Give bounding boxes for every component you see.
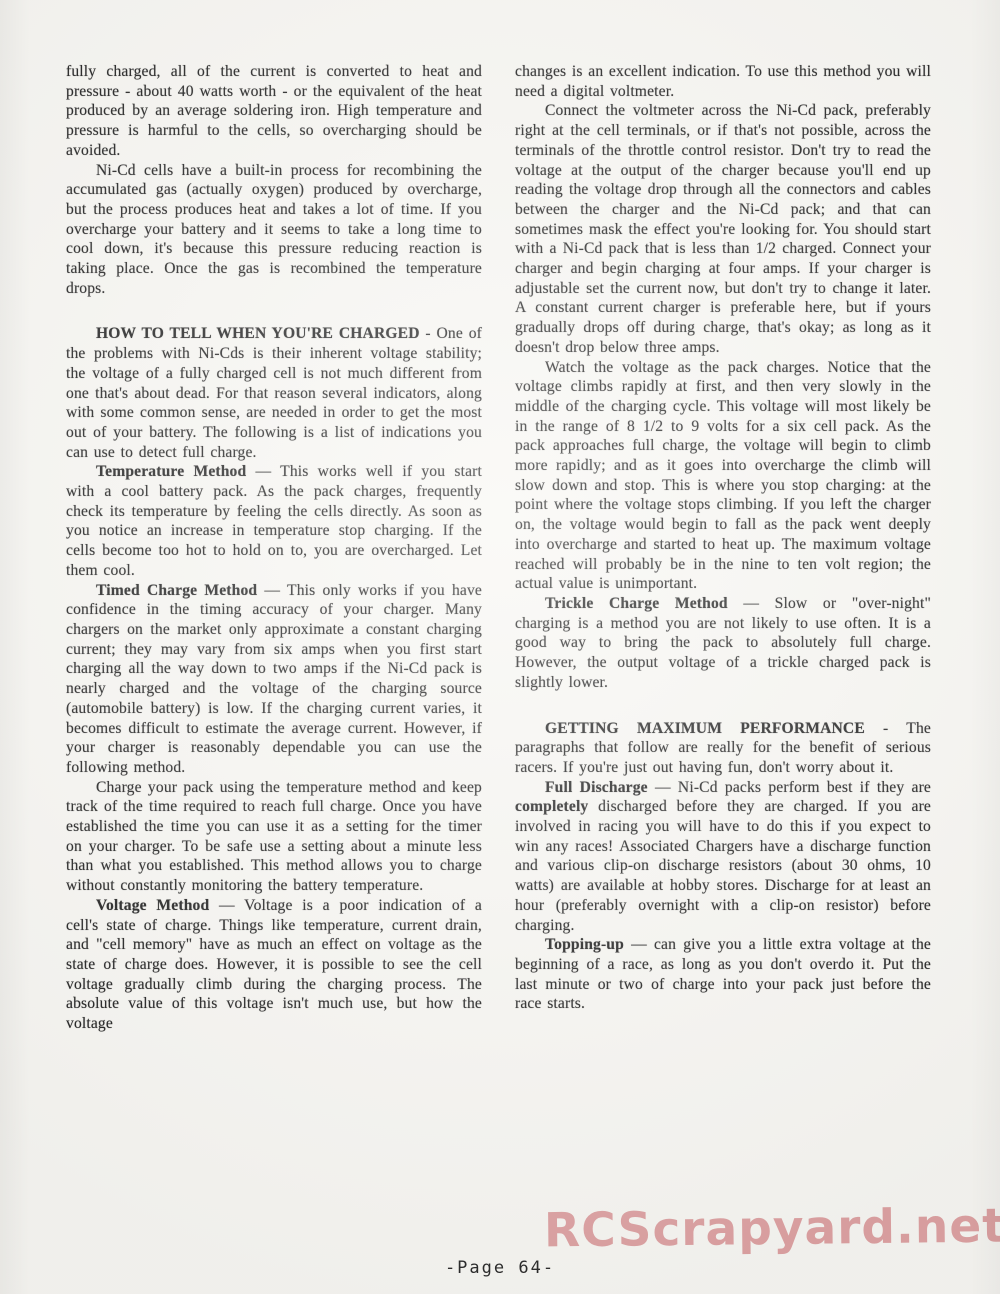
- paragraph-text: — This only works if you have confidence…: [66, 582, 482, 776]
- section-heading: HOW TO TELL WHEN YOU'RE CHARGED: [96, 325, 420, 342]
- method-timed-charge: Timed Charge Method — This only works if…: [66, 581, 482, 778]
- paragraph: Ni-Cd cells have a built-in process for …: [66, 161, 482, 299]
- method-voltage: Voltage Method — Voltage is a poor indic…: [66, 896, 482, 1034]
- paragraph: Charge your pack using the temperature m…: [66, 778, 482, 896]
- left-column: fully charged, all of the current is con…: [66, 62, 482, 1034]
- paragraph-text: - One of the problems with Ni-Cds is the…: [66, 325, 482, 460]
- section-how-to-tell: HOW TO TELL WHEN YOU'RE CHARGED - One of…: [66, 324, 482, 462]
- method-heading: Full Discharge: [545, 779, 648, 796]
- paragraph: fully charged, all of the current is con…: [66, 62, 482, 161]
- watermark: RCScrapyard.net: [544, 1199, 1000, 1259]
- method-full-discharge: Full Discharge — Ni-Cd packs perform bes…: [515, 778, 931, 936]
- paragraph-text: discharged before they are charged. If y…: [515, 798, 931, 933]
- method-heading: Temperature Method: [96, 463, 246, 480]
- paragraph-text: — Voltage is a poor indication of a cell…: [66, 897, 482, 1032]
- method-temperature: Temperature Method — This works well if …: [66, 462, 482, 580]
- text-columns: fully charged, all of the current is con…: [66, 62, 1000, 1034]
- method-heading: Trickle Charge Method: [545, 595, 728, 612]
- paragraph-text: Ni-Cd cells have a built-in process for …: [66, 162, 482, 297]
- right-column: changes is an excellent indication. To u…: [515, 62, 931, 1034]
- section-getting-maximum-performance: GETTING MAXIMUM PERFORMANCE - The paragr…: [515, 719, 931, 778]
- emphasized-word: completely: [515, 798, 588, 815]
- method-heading: Timed Charge Method: [96, 582, 257, 599]
- method-topping-up: Topping-up — can give you a little extra…: [515, 935, 931, 1014]
- method-heading: Topping-up: [545, 936, 624, 953]
- paragraph-text: Watch the voltage as the pack charges. N…: [515, 359, 931, 593]
- method-trickle-charge: Trickle Charge Method — Slow or "over-ni…: [515, 594, 931, 693]
- paragraph-text: Charge your pack using the temperature m…: [66, 779, 482, 895]
- paragraph: Watch the voltage as the pack charges. N…: [515, 358, 931, 594]
- paragraph-text: — Ni-Cd packs perform best if they are: [648, 779, 931, 796]
- paragraph-text: changes is an excellent indication. To u…: [515, 63, 931, 100]
- paragraph: changes is an excellent indication. To u…: [515, 62, 931, 101]
- paragraph-text: Connect the voltmeter across the Ni-Cd p…: [515, 102, 931, 355]
- section-heading: GETTING MAXIMUM PERFORMANCE: [545, 720, 865, 737]
- paragraph: Connect the voltmeter across the Ni-Cd p…: [515, 101, 931, 357]
- paragraph-text: fully charged, all of the current is con…: [66, 63, 482, 159]
- method-heading: Voltage Method: [96, 897, 209, 914]
- scanned-page: fully charged, all of the current is con…: [0, 0, 1000, 1294]
- page-number: -Page 64-: [0, 1258, 1000, 1278]
- paragraph-text: — This works well if you start with a co…: [66, 463, 482, 579]
